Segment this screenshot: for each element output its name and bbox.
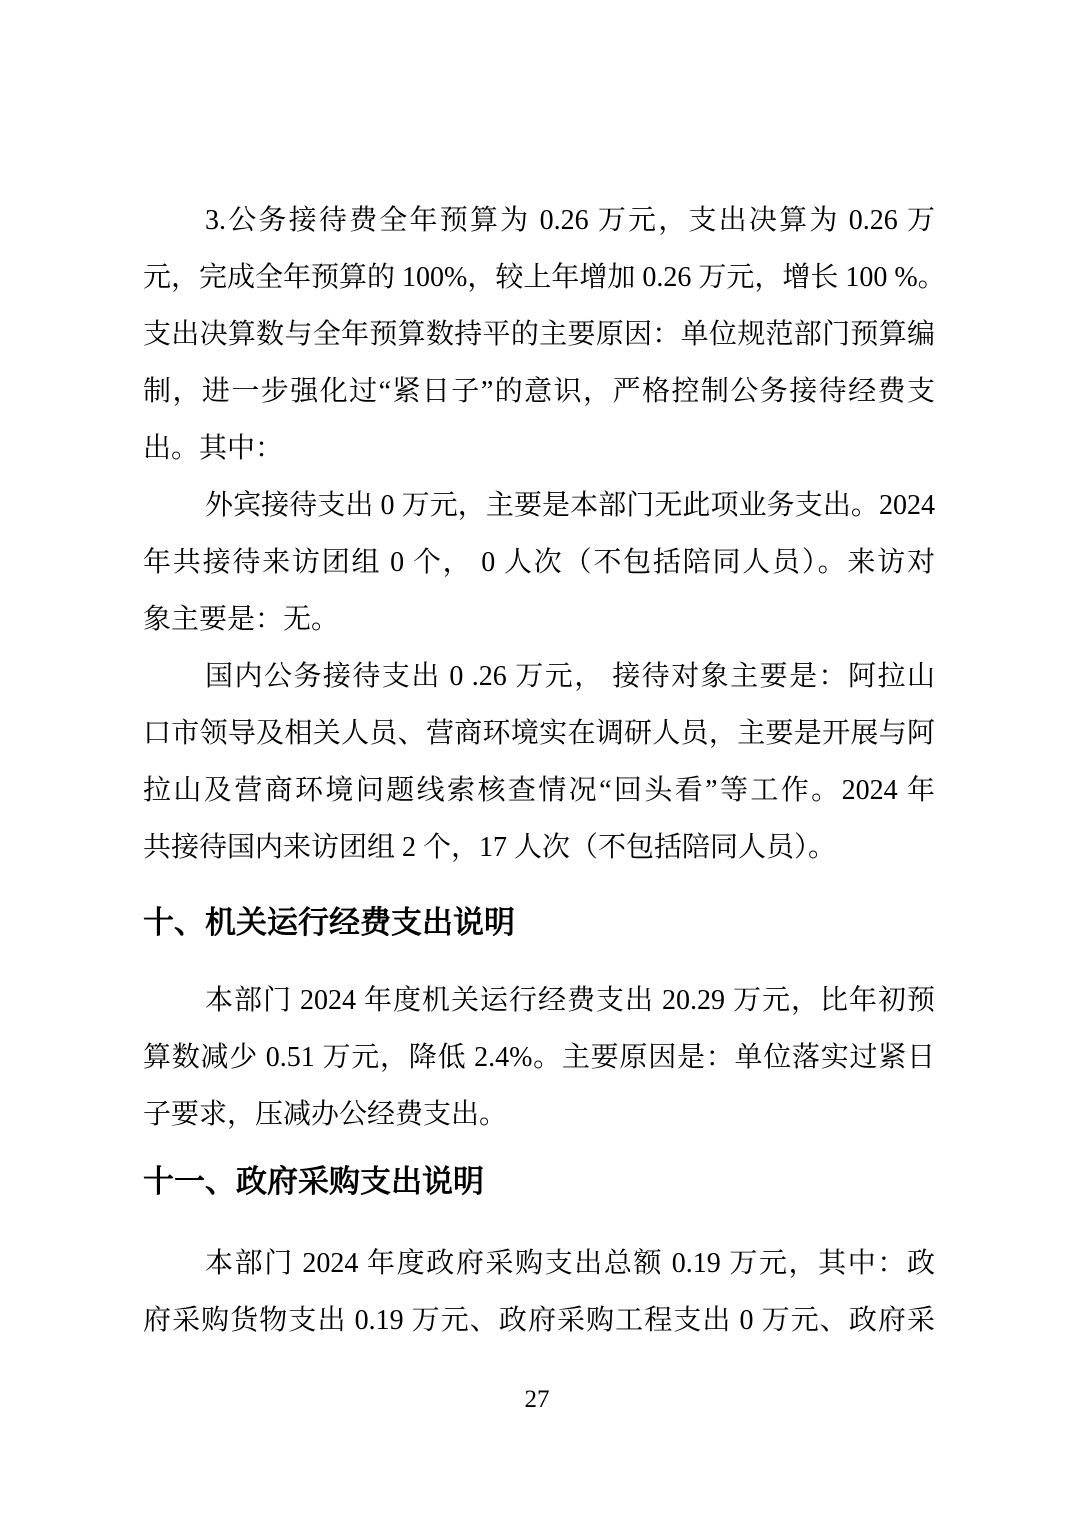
text-line: 外宾接待支出 0 万元，主要是本部门无此项业务支出。2024: [143, 477, 935, 534]
procurement-expense-paragraph: 本部门 2024 年度政府采购支出总额 0.19 万元，其中：政府采购货物支出 …: [143, 1235, 935, 1349]
foreign-guest-reception-paragraph: 外宾接待支出 0 万元，主要是本部门无此项业务支出。2024年共接待来访团组 0…: [143, 477, 935, 648]
text-line: 3.公务接待费全年预算为 0.26 万元，支出决算为 0.26 万: [143, 192, 935, 249]
text-line: 年共接待来访团组 0 个， 0 人次（不包括陪同人员）。来访对: [143, 534, 935, 591]
domestic-reception-paragraph: 国内公务接待支出 0 .26 万元， 接待对象主要是：阿拉山口市领导及相关人员、…: [143, 648, 935, 876]
text-line: 出。其中：: [143, 420, 935, 477]
text-line: 制，进一步强化过“紧日子”的意识，严格控制公务接待经费支: [143, 363, 935, 420]
document-page: 3.公务接待费全年预算为 0.26 万元，支出决算为 0.26 万元，完成全年预…: [0, 0, 1074, 1520]
text-line: 支出决算数与全年预算数持平的主要原因：单位规范部门预算编: [143, 306, 935, 363]
page-number: 27: [0, 1385, 1074, 1415]
text-line: 口市领导及相关人员、营商环境实在调研人员，主要是开展与阿: [143, 705, 935, 762]
text-line: 象主要是：无。: [143, 591, 935, 648]
operating-expense-paragraph: 本部门 2024 年度机关运行经费支出 20.29 万元，比年初预算数减少 0.…: [143, 972, 935, 1143]
text-line: 国内公务接待支出 0 .26 万元， 接待对象主要是：阿拉山: [143, 648, 935, 705]
document-body: 3.公务接待费全年预算为 0.26 万元，支出决算为 0.26 万元，完成全年预…: [143, 192, 935, 1349]
section-11-heading: 十一、政府采购支出说明: [143, 1153, 935, 1211]
section-10-heading: 十、机关运行经费支出说明: [143, 894, 935, 952]
text-line: 府采购货物支出 0.19 万元、政府采购工程支出 0 万元、政府采: [143, 1292, 935, 1349]
official-reception-budget-paragraph: 3.公务接待费全年预算为 0.26 万元，支出决算为 0.26 万元，完成全年预…: [143, 192, 935, 477]
text-line: 本部门 2024 年度政府采购支出总额 0.19 万元，其中：政: [143, 1235, 935, 1292]
text-line: 拉山及营商环境问题线索核查情况“回头看”等工作。2024 年: [143, 762, 935, 819]
text-line: 共接待国内来访团组 2 个，17 人次（不包括陪同人员）。: [143, 819, 935, 876]
text-line: 子要求，压减办公经费支出。: [143, 1086, 935, 1143]
text-line: 算数减少 0.51 万元，降低 2.4%。主要原因是：单位落实过紧日: [143, 1029, 935, 1086]
text-line: 元，完成全年预算的 100%，较上年增加 0.26 万元，增长 100 %。: [143, 249, 935, 306]
text-line: 本部门 2024 年度机关运行经费支出 20.29 万元，比年初预: [143, 972, 935, 1029]
